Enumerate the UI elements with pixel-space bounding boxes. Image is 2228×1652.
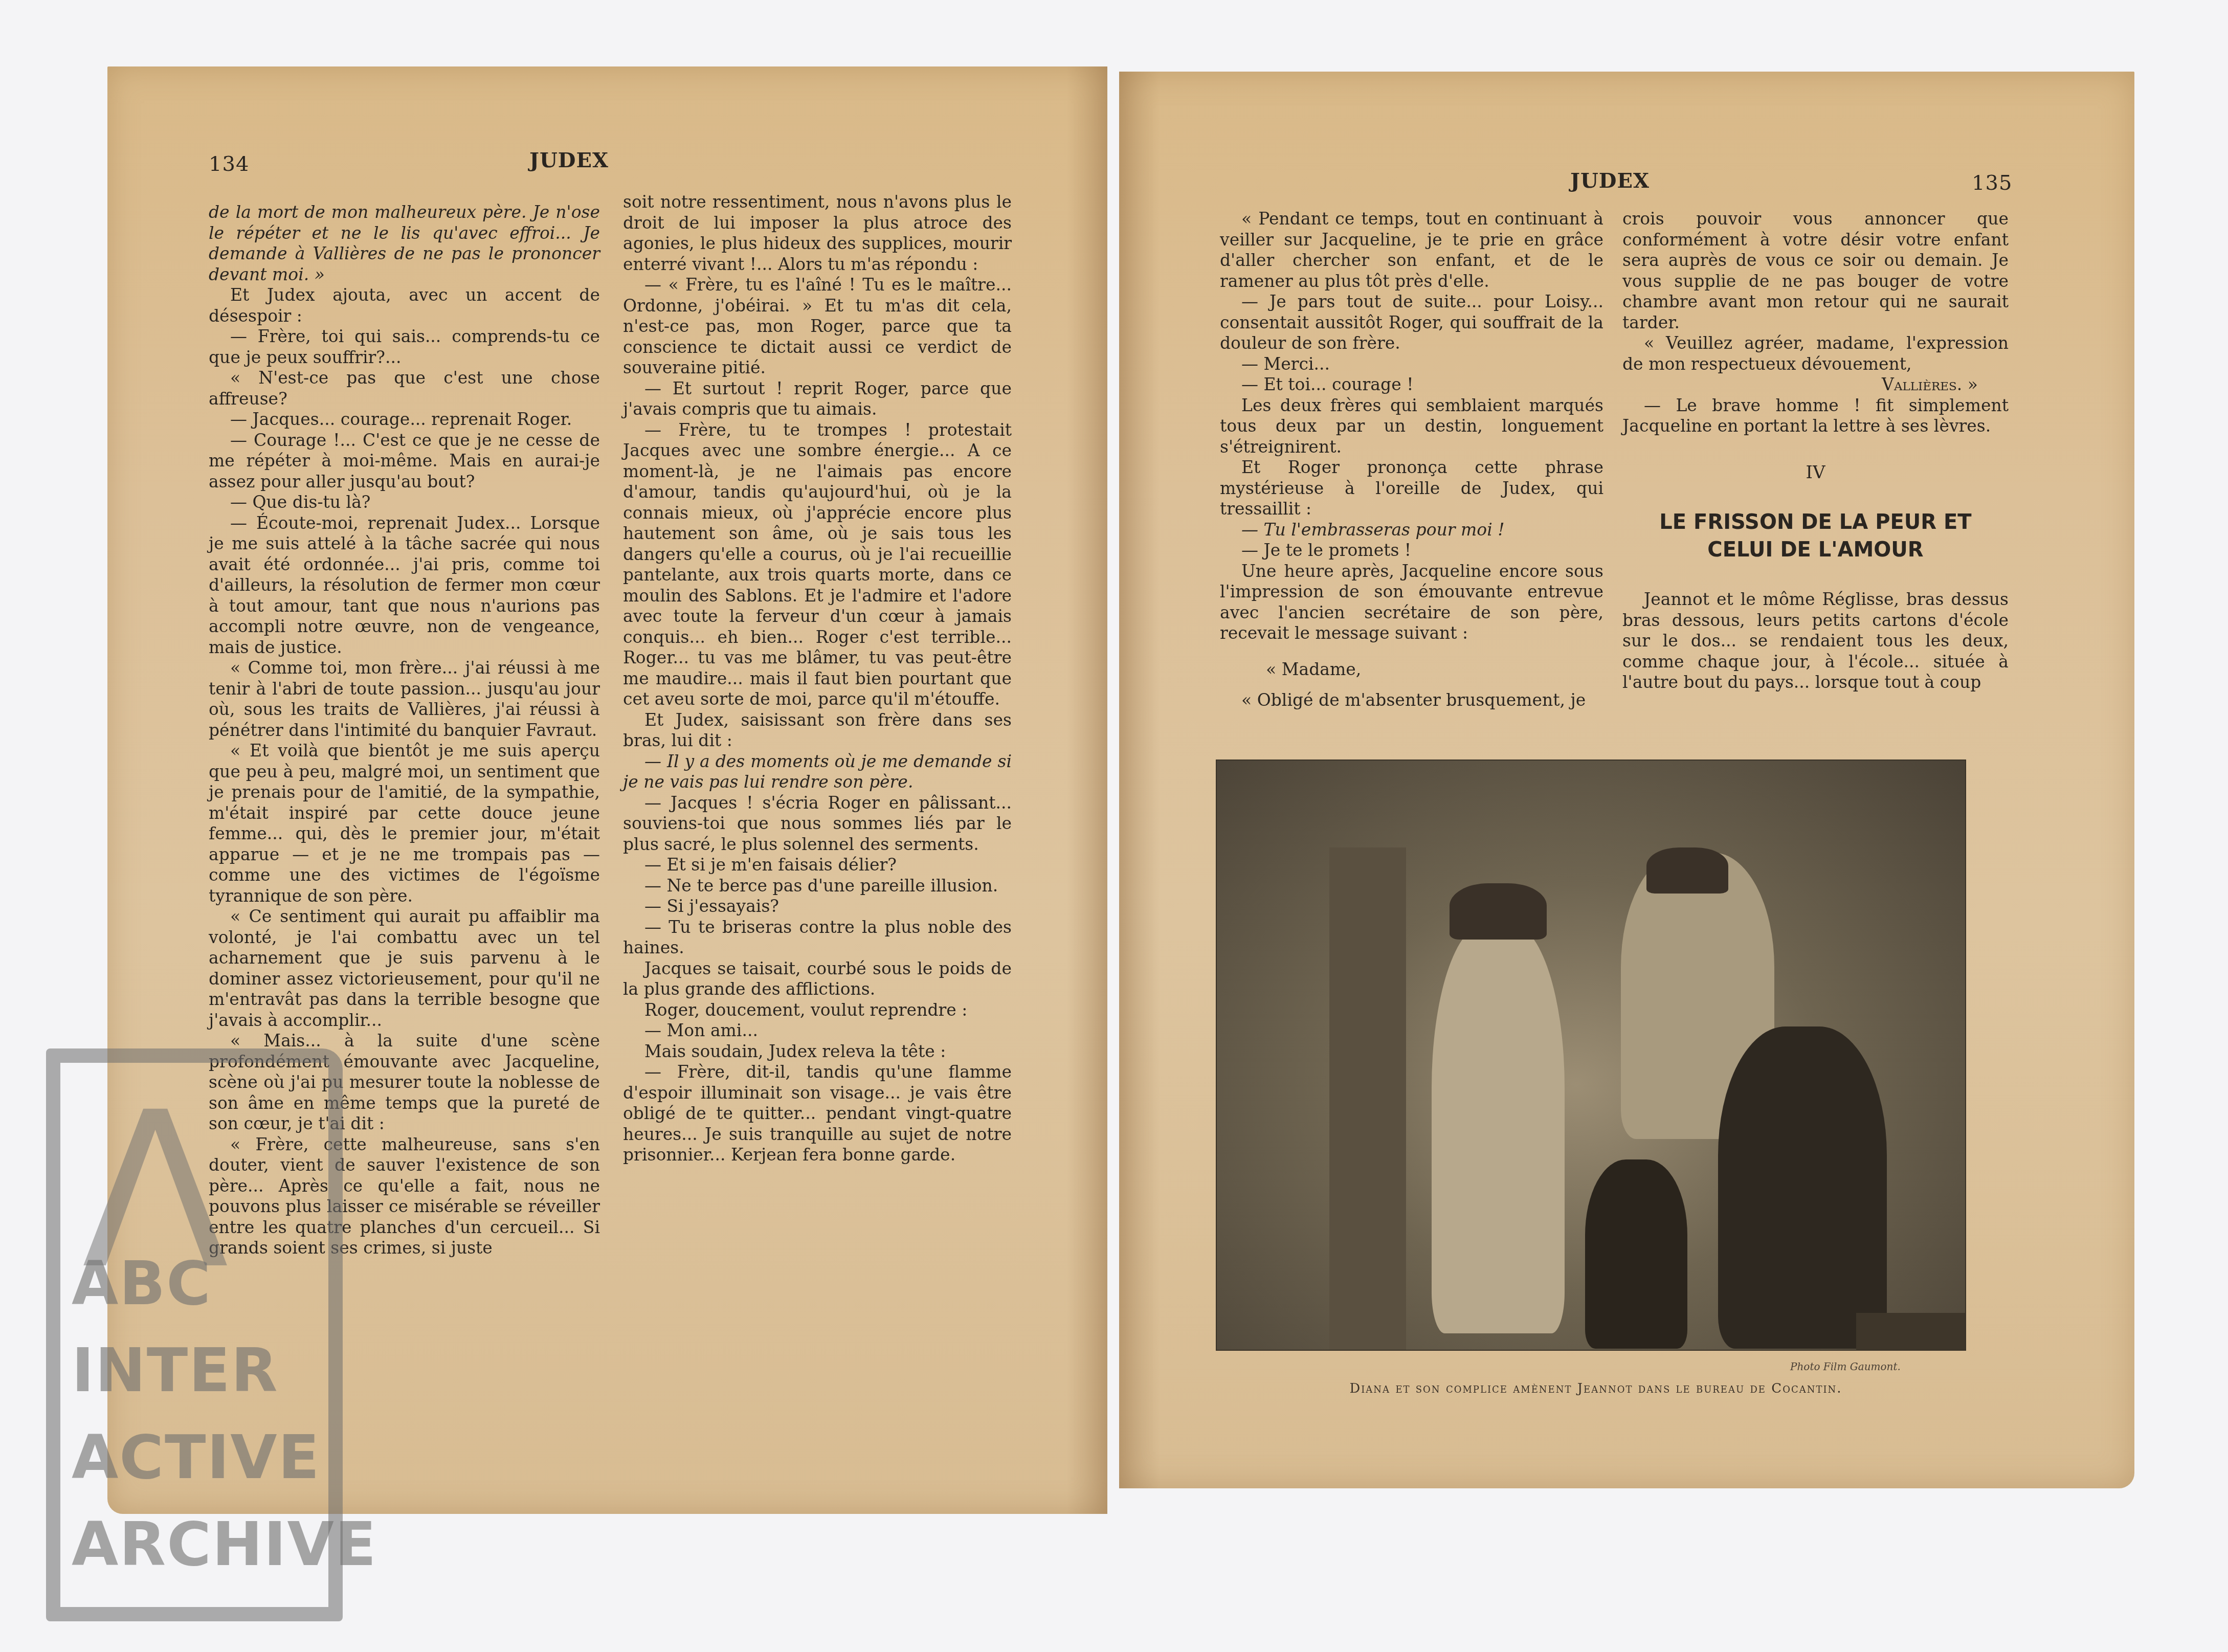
- paragraph: crois pouvoir vous annoncer que conformé…: [1622, 209, 2009, 333]
- photo-caption: Diana et son complice amènent Jeannot da…: [1217, 1381, 1974, 1396]
- woman-figure: [1432, 924, 1565, 1333]
- paragraph: — Que dis-tu là?: [209, 492, 600, 513]
- paragraph: Vallières. »: [1622, 374, 2009, 395]
- paragraph: — Écoute-moi, reprenait Judex... Lorsque…: [209, 513, 600, 658]
- paragraph: Roger, doucement, voulut reprendre :: [623, 1000, 1012, 1021]
- paragraph: — Je te le promets !: [1220, 540, 1603, 561]
- paragraph: — Tu l'embrasseras pour moi !: [1220, 520, 1603, 541]
- right-running-title: JUDEX: [1570, 169, 1650, 193]
- paragraph: « Obligé de m'absenter brusquement, je: [1220, 690, 1603, 711]
- paragraph: de la mort de mon malheureux père. Je n'…: [209, 202, 600, 285]
- paragraph: « Et voilà que bientôt je me suis aperçu…: [209, 741, 600, 906]
- paragraph: — Frère, dit-il, tandis qu'une flamme d'…: [623, 1062, 1012, 1166]
- paragraph: — Ne te berce pas d'une pareille illusio…: [623, 876, 1012, 897]
- paragraph: — Et si je m'en faisais délier?: [623, 855, 1012, 876]
- paragraph: Jacques se taisait, courbé sous le poids…: [623, 958, 1012, 1000]
- photo-credit: Photo Film Gaumont.: [1790, 1360, 1901, 1373]
- paragraph: — Le brave homme ! fit simplement Jacque…: [1622, 395, 2009, 437]
- paragraph: — Si j'essayais?: [623, 896, 1012, 917]
- paragraph: soit notre ressentiment, nous n'avons pl…: [623, 192, 1012, 275]
- paragraph: — Frère, toi qui sais... comprends-tu ce…: [209, 326, 600, 368]
- watermark-line-4: ARCHIVE: [72, 1509, 377, 1579]
- child-figure: [1585, 1159, 1687, 1349]
- paragraph: « Ce sentiment qui aurait pu affaiblir m…: [209, 906, 600, 1031]
- chapter-title-line-1: LE FRISSON DE LA PEUR ET: [1622, 508, 2009, 536]
- left-running-title: JUDEX: [529, 148, 609, 172]
- cabinet: [1329, 847, 1406, 1351]
- watermark-line-2: INTER: [72, 1335, 279, 1405]
- paragraph: — Tu te briseras contre la plus noble de…: [623, 917, 1012, 958]
- woman-hat: [1450, 883, 1547, 940]
- paragraph: « N'est-ce pas que c'est une chose affre…: [209, 368, 600, 409]
- watermark-line-3: ACTIVE: [72, 1422, 320, 1492]
- paragraph: Et Judex ajouta, avec un accent de déses…: [209, 285, 600, 326]
- paragraph: Et Roger prononça cette phrase mystérieu…: [1220, 457, 1603, 520]
- paragraph: — « Frère, tu es l'aîné ! Tu es le maîtr…: [623, 275, 1012, 378]
- paragraph: — Je pars tout de suite... pour Loisy...…: [1220, 292, 1603, 354]
- left-page-number: 134: [209, 152, 249, 176]
- paragraph: « Veuillez agréer, madame, l'expression …: [1622, 333, 2009, 374]
- right-page-column-1: « Pendant ce temps, tout en continuant à…: [1220, 209, 1603, 711]
- paragraph: Et Judex, saisissant son frère dans ses …: [623, 710, 1012, 751]
- left-page-column-2: soit notre ressentiment, nous n'avons pl…: [623, 192, 1012, 1166]
- paragraph: Une heure après, Jacqueline encore sous …: [1220, 561, 1603, 644]
- paragraph: — Merci...: [1220, 354, 1603, 375]
- chapter-number: IV: [1622, 462, 2009, 483]
- paragraph: — Il y a des moments où je me demande si…: [623, 751, 1012, 793]
- seated-man-figure: [1718, 1026, 1887, 1349]
- man-hat: [1646, 847, 1728, 894]
- paragraph: — Et surtout ! reprit Roger, parce que j…: [623, 378, 1012, 420]
- paragraph: — Frère, tu te trompes ! protestait Jacq…: [623, 420, 1012, 710]
- paragraph: — Et toi... courage !: [1220, 374, 1603, 395]
- paragraph: « Comme toi, mon frère... j'ai réussi à …: [209, 658, 600, 741]
- film-still-photo: [1216, 760, 1966, 1351]
- right-page-number: 135: [1972, 171, 2012, 195]
- chapter-opening-paragraph: Jeannot et le môme Réglisse, bras dessus…: [1622, 589, 2009, 693]
- paragraph: « Madame,: [1220, 659, 1603, 680]
- paragraph: — Jacques... courage... reprenait Roger.: [209, 409, 600, 430]
- desk: [1856, 1313, 1965, 1351]
- paragraph: Les deux frères qui semblaient marqués t…: [1220, 395, 1603, 458]
- right-page-column-2: crois pouvoir vous annoncer que conformé…: [1622, 209, 2009, 693]
- paragraph: « Pendant ce temps, tout en continuant à…: [1220, 209, 1603, 292]
- watermark-line-1: ABC: [72, 1248, 212, 1319]
- chapter-title: LE FRISSON DE LA PEUR ET CELUI DE L'AMOU…: [1622, 508, 2009, 564]
- paragraph: Mais soudain, Judex releva la tête :: [623, 1041, 1012, 1062]
- chapter-title-line-2: CELUI DE L'AMOUR: [1622, 536, 2009, 564]
- paragraph: — Mon ami...: [623, 1020, 1012, 1041]
- paragraph: — Jacques ! s'écria Roger en pâlissant..…: [623, 793, 1012, 855]
- paragraph: — Courage !... C'est ce que je ne cesse …: [209, 430, 600, 493]
